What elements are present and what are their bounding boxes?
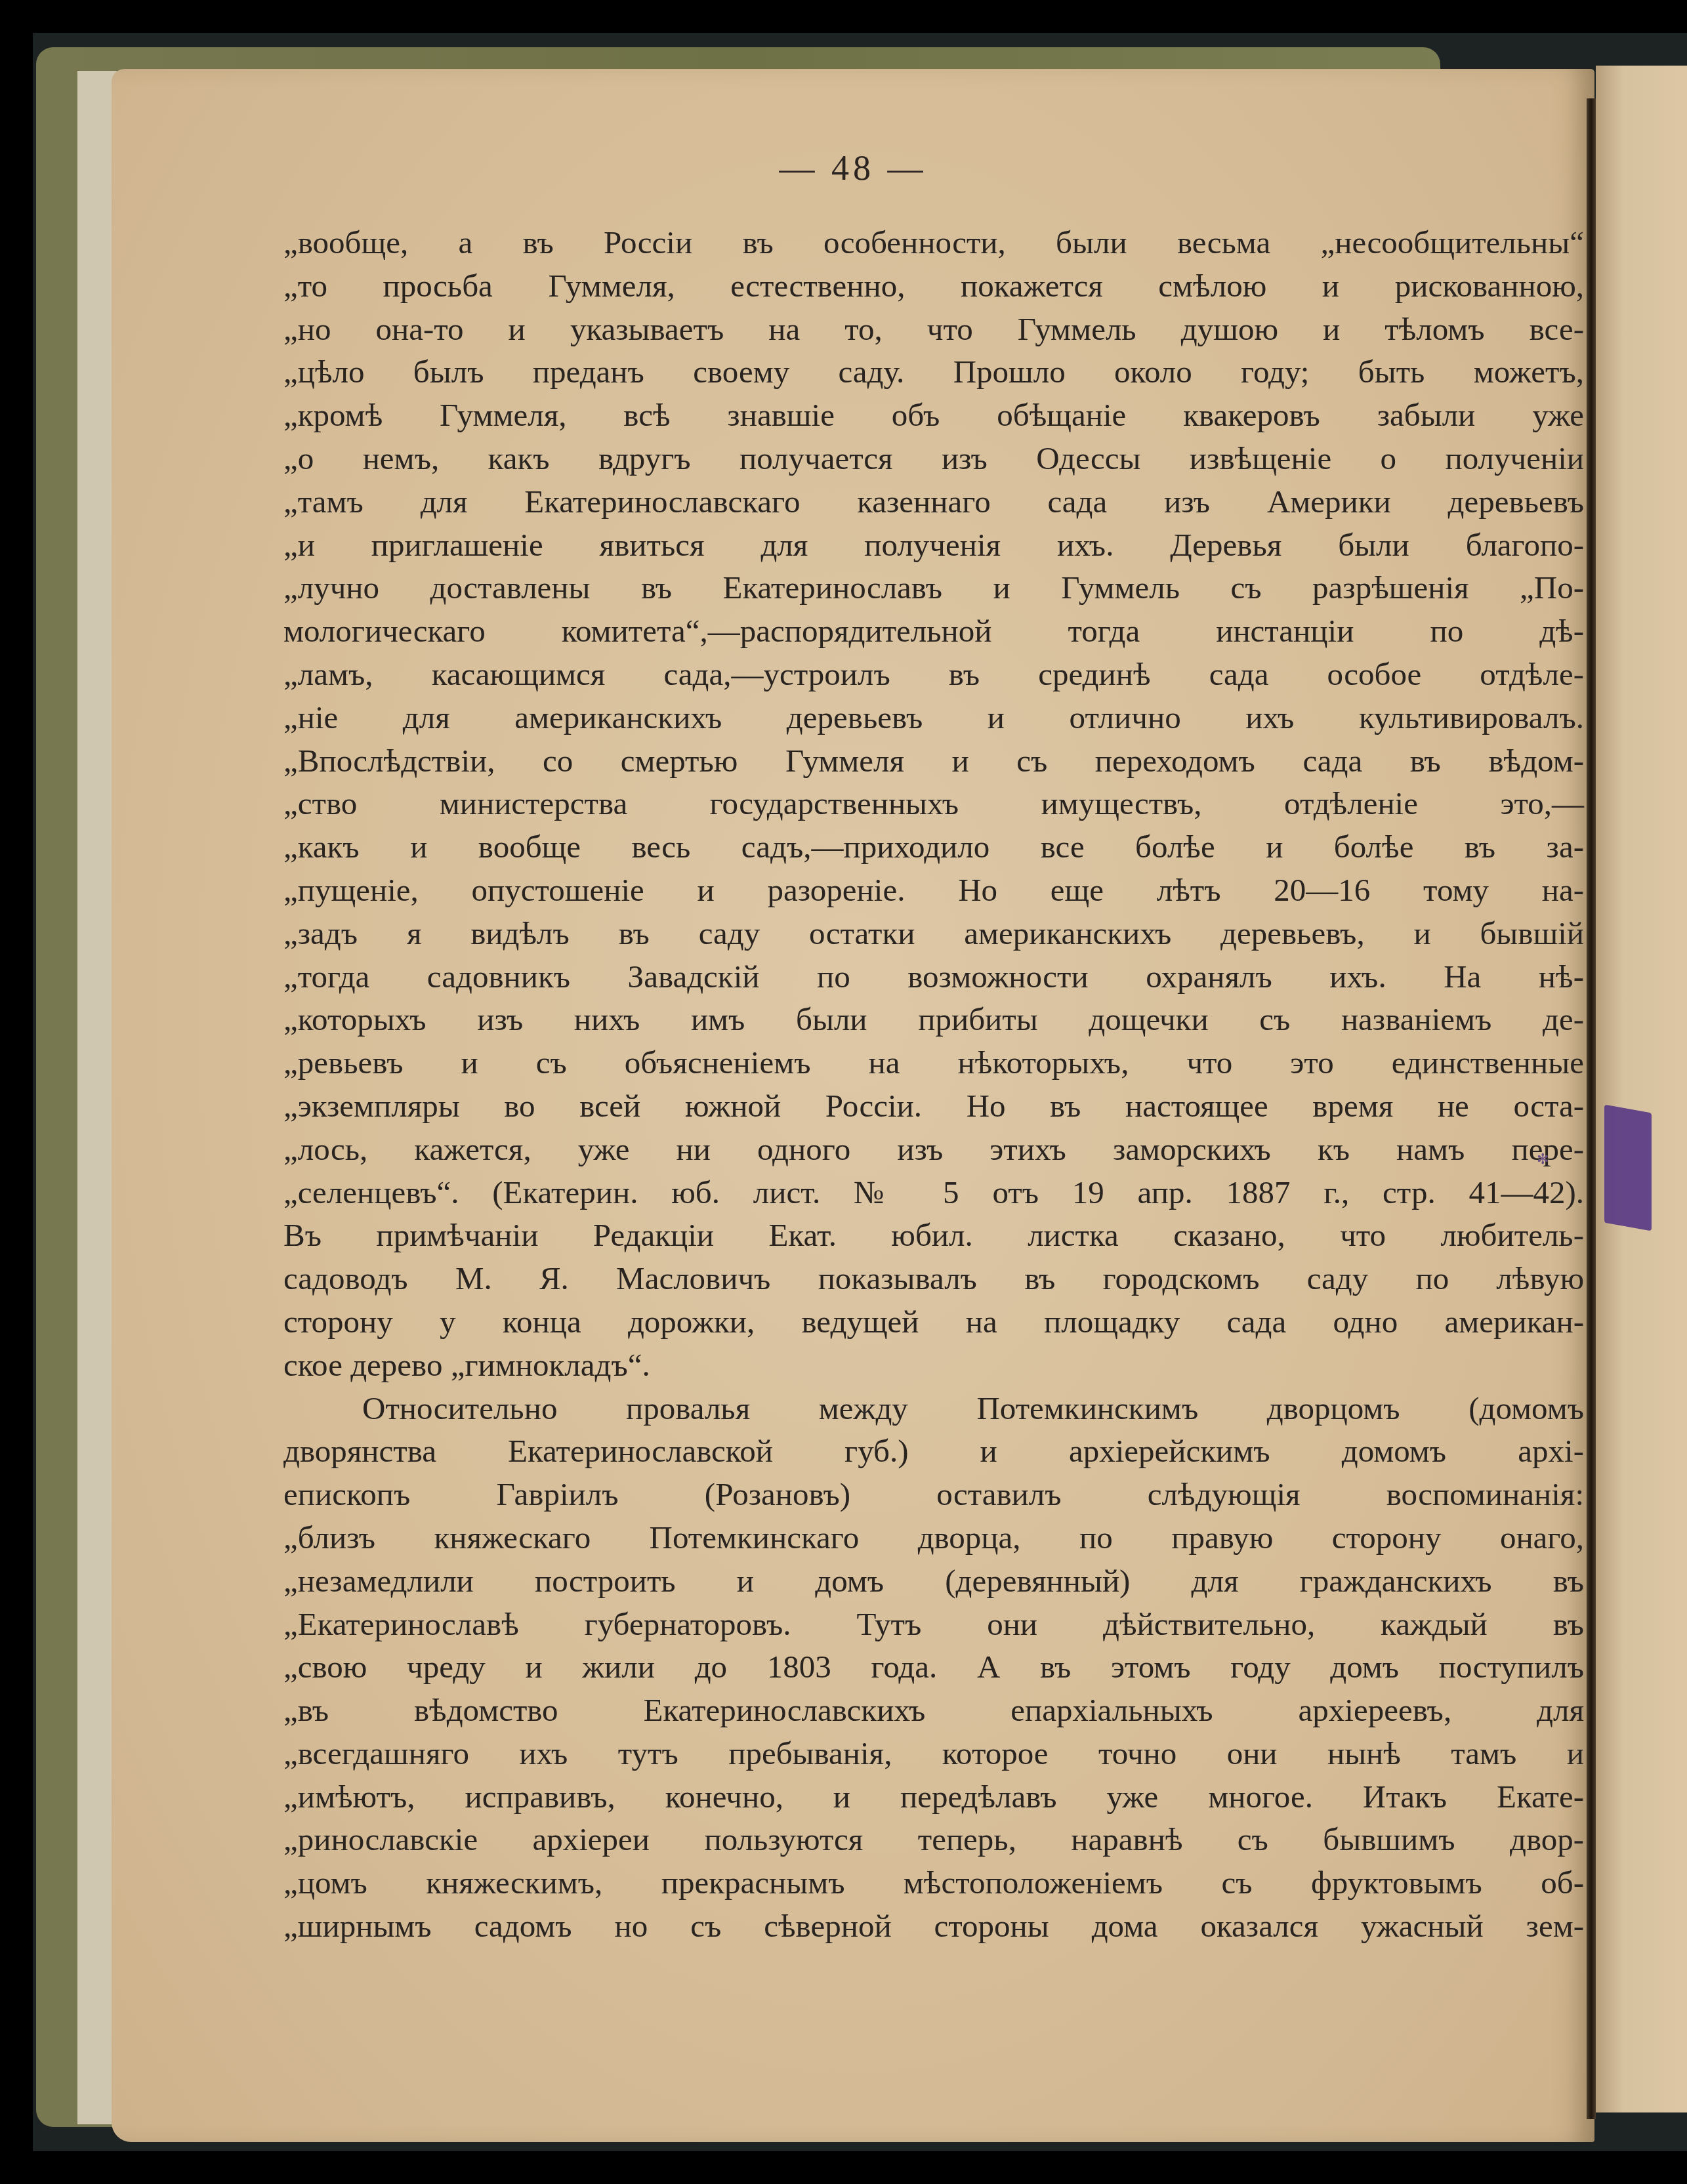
text-line: „вообще, а въ Россіи въ особенности, был… — [283, 221, 1584, 264]
text-line: „задъ я видѣлъ въ саду остатки американс… — [283, 912, 1584, 955]
text-line: „и приглашеніе явиться для полученія ихъ… — [283, 524, 1584, 567]
text-line: „ревьевъ и съ объясненіемъ на нѣкоторыхъ… — [283, 1041, 1584, 1084]
ink-mark-icon: ✻ — [1537, 1151, 1549, 1168]
text-line: „цомъ княжескимъ, прекраснымъ мѣстополож… — [283, 1861, 1584, 1905]
text-line: сторону у конца дорожки, ведущей на площ… — [283, 1300, 1584, 1344]
text-line: „Екатеринославѣ губернаторовъ. Тутъ они … — [283, 1603, 1584, 1646]
page-number: — 48 — — [112, 148, 1594, 188]
library-stamp-icon — [1604, 1105, 1652, 1231]
facing-page-edge — [1596, 66, 1687, 2112]
text-line: „близъ княжескаго Потемкинскаго дворца, … — [283, 1516, 1584, 1559]
text-line: „селенцевъ“. (Екатерин. юб. лист. № 5 от… — [283, 1171, 1584, 1214]
text-line: мологическаго комитета“,—распорядительно… — [283, 609, 1584, 653]
text-line: „ніе для американскихъ деревьевъ и отлич… — [283, 696, 1584, 739]
text-line: епископъ Гавріилъ (Розановъ) оставилъ сл… — [283, 1473, 1584, 1516]
text-line: „тогда садовникъ Завадскій по возможност… — [283, 955, 1584, 999]
text-line: „экземпляры во всей южной Россіи. Но въ … — [283, 1084, 1584, 1128]
text-line: „ширнымъ садомъ но съ сѣверной стороны д… — [283, 1905, 1584, 1948]
text-line-paragraph-start: Относительно провалья между Потемкинским… — [283, 1387, 1584, 1430]
text-line: „цѣло былъ преданъ своему саду. Прошло о… — [283, 350, 1584, 394]
text-line: дворянства Екатеринославской губ.) и арх… — [283, 1430, 1584, 1473]
book-gutter — [1587, 98, 1596, 2119]
text-line: „Впослѣдствіи, со смертью Гуммеля и съ п… — [283, 739, 1584, 783]
text-line: „но она-то и указываетъ на то, что Гумме… — [283, 308, 1584, 351]
text-line: „то просьба Гуммеля, естественно, покаже… — [283, 264, 1584, 308]
flyleaf-edge — [77, 71, 117, 2124]
text-line: „имѣютъ, исправивъ, конечно, и передѣлав… — [283, 1775, 1584, 1819]
text-line: „въ вѣдомство Екатеринославскихъ епархіа… — [283, 1689, 1584, 1732]
text-line: садоводъ М. Я. Масловичъ показывалъ въ г… — [283, 1257, 1584, 1300]
text-line: „тамъ для Екатеринославскаго казеннаго с… — [283, 480, 1584, 524]
text-line: „ринославскіе архіереи пользуются теперь… — [283, 1818, 1584, 1861]
page-body-text: „вообще, а въ Россіи въ особенности, был… — [283, 221, 1584, 1948]
text-line: „ство министерства государственныхъ имущ… — [283, 782, 1584, 825]
text-line: „лось, кажется, уже ни одного изъ этихъ … — [283, 1128, 1584, 1171]
text-line: „свою чреду и жили до 1803 года. А въ эт… — [283, 1645, 1584, 1689]
text-line: „пущеніе, опустошеніе и разореніе. Но ещ… — [283, 869, 1584, 912]
text-line: „незамедлили построить и домъ (деревянны… — [283, 1559, 1584, 1603]
book-page: — 48 — „вообще, а въ Россіи въ особеннос… — [112, 69, 1594, 2142]
text-line: Въ примѣчаніи Редакціи Екат. юбил. листк… — [283, 1214, 1584, 1257]
text-line-paragraph-end: ское дерево „гимнокладъ“. — [283, 1344, 1584, 1387]
text-line: „лучно доставлены въ Екатеринославъ и Гу… — [283, 566, 1584, 609]
text-line: „ламъ, касающимся сада,—устроилъ въ сред… — [283, 653, 1584, 696]
text-line: „какъ и вообще весь садъ,—приходило все … — [283, 825, 1584, 869]
text-line: „кромѣ Гуммеля, всѣ знавшіе объ обѣщаніе… — [283, 394, 1584, 437]
text-line: „которыхъ изъ нихъ имъ были прибиты доще… — [283, 998, 1584, 1041]
text-line: „всегдашняго ихъ тутъ пребыванія, которо… — [283, 1732, 1584, 1775]
text-line: „о немъ, какъ вдругъ получается изъ Одес… — [283, 437, 1584, 480]
